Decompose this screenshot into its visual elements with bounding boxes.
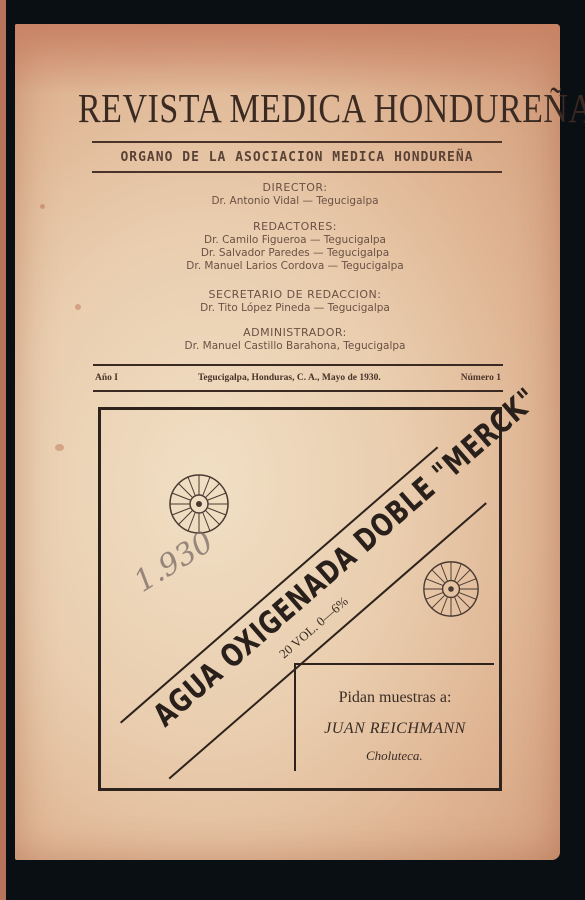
call-to-action: Pidan muestras a: [296, 689, 494, 707]
rosette-ornament-icon [422, 560, 480, 618]
stain [55, 444, 64, 451]
staff-role: SECRETARIO DE REDACCION: [110, 288, 480, 302]
staff-name: Dr. Camilo Figueroa — Tegucigalpa [110, 234, 480, 247]
place-date: Tegucigalpa, Honduras, C. A., Mayo de 19… [198, 373, 381, 383]
issue-number: Número 1 [461, 373, 501, 383]
contact-box: Pidan muestras a: JUAN REICHMANN Cholute… [294, 663, 494, 771]
subtitle-banner: ORGANO DE LA ASOCIACION MEDICA HONDUREÑA [92, 141, 502, 173]
adjacent-page-edge [0, 0, 6, 900]
magazine-subtitle: ORGANO DE LA ASOCIACION MEDICA HONDUREÑA [120, 150, 473, 165]
staff-role: REDACTORES: [110, 220, 480, 234]
stain [40, 204, 45, 209]
staff-role: ADMINISTRADOR: [110, 326, 480, 340]
staff-name: Dr. Manuel Castillo Barahona, Tegucigalp… [110, 340, 480, 353]
dateline: Año I Tegucigalpa, Honduras, C. A., Mayo… [93, 364, 503, 392]
staff-redactores: REDACTORES: Dr. Camilo Figueroa — Teguci… [110, 220, 480, 273]
magazine-title: REVISTA MEDICA HONDUREÑA [78, 87, 510, 133]
year-label: Año I [95, 373, 118, 383]
stain [75, 304, 81, 310]
staff-name: Dr. Manuel Larios Cordova — Tegucigalpa [110, 260, 480, 273]
distributor-name: JUAN REICHMANN [296, 720, 494, 738]
staff-administrador: ADMINISTRADOR: Dr. Manuel Castillo Barah… [110, 326, 480, 353]
staff-role: DIRECTOR: [110, 181, 480, 195]
staff-name: Dr. Salvador Paredes — Tegucigalpa [110, 247, 480, 260]
staff-name: Dr. Antonio Vidal — Tegucigalpa [110, 195, 480, 208]
staff-secretario: SECRETARIO DE REDACCION: Dr. Tito López … [110, 288, 480, 315]
staff-director: DIRECTOR: Dr. Antonio Vidal — Tegucigalp… [110, 181, 480, 208]
distributor-city: Choluteca. [366, 748, 423, 764]
staff-name: Dr. Tito López Pineda — Tegucigalpa [110, 302, 480, 315]
